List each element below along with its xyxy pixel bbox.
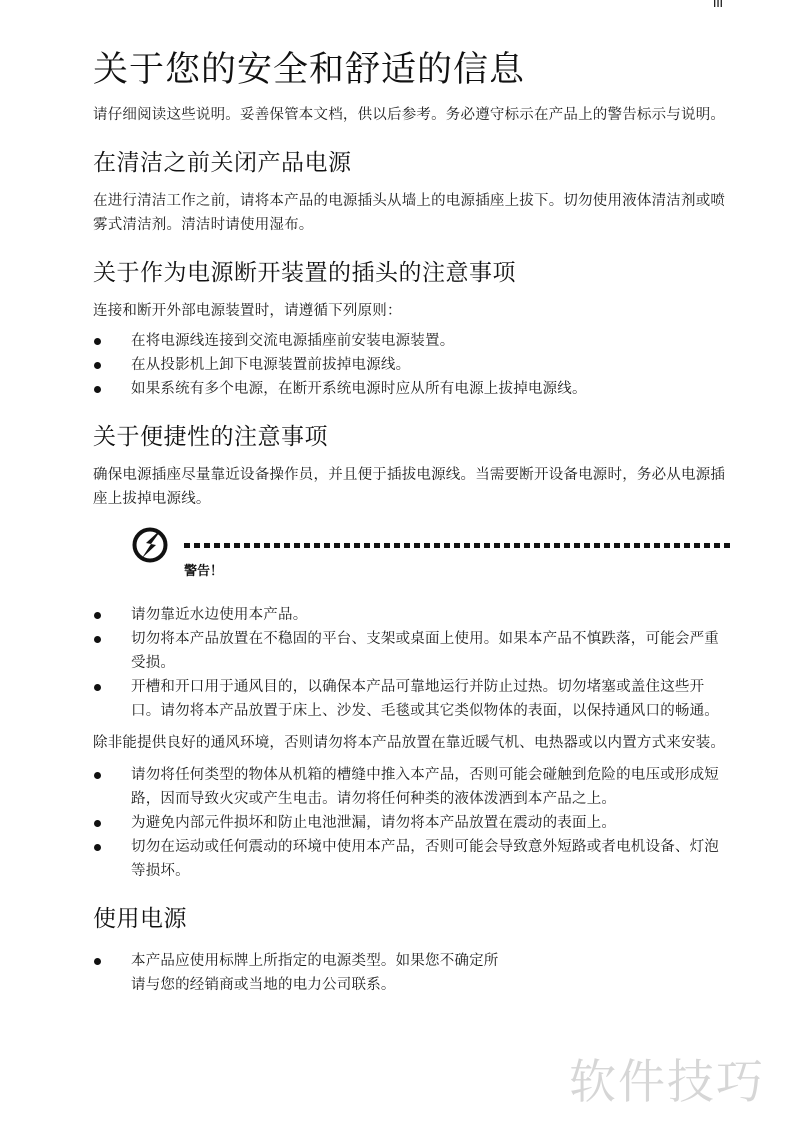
bullet-list: 在将电源线连接到交流电源插座前安装电源装置。 在从投影机上卸下电源装置前拔掉电源… [93,329,733,401]
bullet-list: 请勿靠近水边使用本产品。 切勿将本产品放置在不稳固的平台、支架或桌面上使用。如果… [93,603,733,723]
lightning-warning-icon [131,525,171,565]
list-item-text: 本产品应使用标牌上所指定的电源类型。如果您不确定所 请与您的经销商或当地的电力公… [131,953,499,993]
bullet-icon [94,684,101,691]
section-paragraph: 确保电源插座尽量靠近设备操作员，并且便于插拔电源线。当需要断开设备电源时，务必从… [93,463,733,511]
section-heading-power-source: 使用电源 [93,903,733,935]
list-item: 开槽和开口用于通风目的，以确保本产品可靠地运行并防止过热。切勿堵塞或盖住这些开口… [93,675,733,723]
bullet-icon [94,386,101,393]
page-title: 关于您的安全和舒适的信息 [93,46,733,94]
intro-paragraph: 请仔细阅读这些说明。妥善保管本文档，供以后参考。务必遵守标示在产品上的警告标示与… [93,103,733,127]
list-item-text: 在将电源线连接到交流电源插座前安装电源装置。 [131,333,454,349]
list-item: 在将电源线连接到交流电源插座前安装电源装置。 [93,329,733,353]
bullet-icon [94,958,101,965]
section-paragraph: 连接和断开外部电源装置时，请遵循下列原则： [93,299,733,323]
warning-label: 警告！ [184,562,223,582]
bullet-icon [94,636,101,643]
warning-callout: 警告！ [131,525,733,595]
list-item-text: 开槽和开口用于通风目的，以确保本产品可靠地运行并防止过热。切勿堵塞或盖住这些开口… [131,679,719,719]
list-item: 请勿将任何类型的物体从机箱的槽缝中推入本产品，否则可能会碰触到危险的电压或形成短… [93,763,733,811]
bullet-icon [94,612,101,619]
bullet-list: 请勿将任何类型的物体从机箱的槽缝中推入本产品，否则可能会碰触到危险的电压或形成短… [93,763,733,883]
bullet-list: 本产品应使用标牌上所指定的电源类型。如果您不确定所 请与您的经销商或当地的电力公… [93,949,733,997]
list-item: 请勿靠近水边使用本产品。 [93,603,733,627]
section-heading-accessibility: 关于便捷性的注意事项 [93,421,733,453]
ventilation-paragraph: 除非能提供良好的通风环境，否则请勿将本产品放置在靠近暖气机、电热器或以内置方式来… [93,731,733,755]
section-heading-cleaning: 在清洁之前关闭产品电源 [93,147,733,179]
list-item: 本产品应使用标牌上所指定的电源类型。如果您不确定所 请与您的经销商或当地的电力公… [93,949,733,997]
bullet-icon [94,844,101,851]
list-item: 切勿将本产品放置在不稳固的平台、支架或桌面上使用。如果本产品不慎跌落，可能会严重… [93,627,733,675]
bullet-icon [94,362,101,369]
bullet-icon [94,820,101,827]
bullet-icon [94,772,101,779]
watermark: 软件技巧 [569,1045,765,1112]
list-item-text: 请勿靠近水边使用本产品。 [131,607,307,623]
list-item: 为避免内部元件损坏和防止电池泄漏，请勿将本产品放置在震动的表面上。 [93,811,733,835]
section-paragraph: 在进行清洁工作之前，请将本产品的电源插头从墙上的电源插座上拔下。切勿使用液体清洁… [93,189,733,237]
list-item: 如果系统有多个电源，在断开系统电源时应从所有电源上拔掉电源线。 [93,377,733,401]
document-body: 关于您的安全和舒适的信息 请仔细阅读这些说明。妥善保管本文档，供以后参考。务必遵… [93,46,733,997]
section-heading-plug-disconnect: 关于作为电源断开装置的插头的注意事项 [93,257,733,289]
list-item-text: 如果系统有多个电源，在断开系统电源时应从所有电源上拔掉电源线。 [131,381,587,397]
bullet-icon [94,338,101,345]
list-item-text: 请勿将任何类型的物体从机箱的槽缝中推入本产品，否则可能会碰触到危险的电压或形成短… [131,767,719,807]
list-item-text: 为避免内部元件损坏和防止电池泄漏，请勿将本产品放置在震动的表面上。 [131,815,616,831]
list-item-text: 切勿在运动或任何震动的环境中使用本产品，否则可能会导致意外短路或者电机设备、灯泡… [131,839,719,879]
list-item: 切勿在运动或任何震动的环境中使用本产品，否则可能会导致意外短路或者电机设备、灯泡… [93,835,733,883]
warning-divider [184,543,732,548]
list-item: 在从投影机上卸下电源装置前拔掉电源线。 [93,353,733,377]
list-item-text: 切勿将本产品放置在不稳固的平台、支架或桌面上使用。如果本产品不慎跌落，可能会严重… [131,631,719,671]
list-item-text: 在从投影机上卸下电源装置前拔掉电源线。 [131,357,410,373]
page-number: iii [713,0,723,11]
